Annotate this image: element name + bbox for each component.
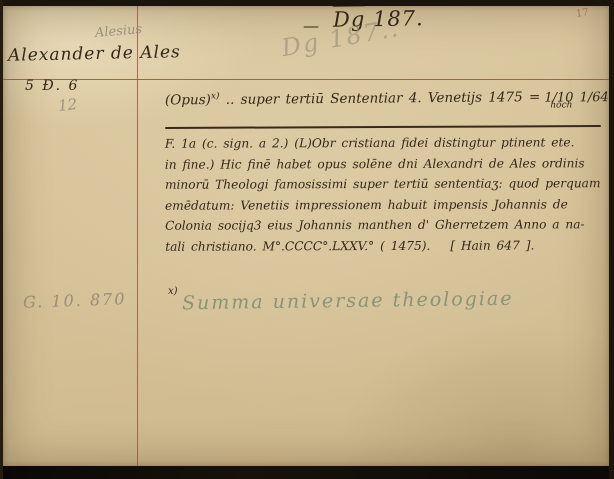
hain-reference: [ Hain 647 ].: [450, 238, 534, 252]
entry-title-prefix: (Opus): [165, 92, 211, 108]
bibliographic-description: F. 1a (c. sign. a 2.) (L)Obr cristiana f…: [165, 132, 601, 257]
description-line-last: tali christiano. M°.CCCC°.LXXV.° ( 1475)…: [165, 235, 601, 257]
description-date: tali christiano. M°.CCCC°.LXXV.° ( 1475)…: [165, 238, 430, 253]
entry-title-line: (Opus)x) .. super tertiū Sententiar 4. V…: [165, 88, 609, 108]
description-line: in fine.) Hic finē habet opus solēne dni…: [165, 153, 601, 175]
ink-underline: [165, 125, 601, 129]
scan-edge-right: [609, 0, 614, 479]
scan-edge-left: [0, 0, 3, 479]
catalog-card-scan: 17 — Dg 187. Dg 187.. Alesius Alexander …: [0, 0, 614, 479]
entry-price: 1/10 1/64hoch: [544, 89, 609, 106]
annotation-footnote-mark: x): [168, 286, 178, 297]
author-heading: Alexander de Ales: [8, 42, 181, 66]
scan-edge-bottom: [0, 466, 614, 479]
page-corner-number: 17: [576, 7, 590, 20]
ruled-line-vertical: [137, 6, 138, 466]
old-shelfmark: 5 Ɖ. 6: [25, 78, 79, 94]
author-pencil-annotation: Alesius: [94, 22, 142, 41]
card-paper: 17 — Dg 187. Dg 187.. Alesius Alexander …: [3, 6, 609, 466]
pencil-number: 12: [57, 95, 78, 115]
entry-price-unit: hoch: [550, 100, 572, 110]
description-line: minorū Theologi famosissimi super tertiū…: [165, 173, 601, 195]
entry-title-rest: .. super tertiū Sententiar 4. Venetijs 1…: [219, 89, 540, 108]
description-line: emēdatum: Venetiis impressionem habuit i…: [165, 194, 601, 216]
ruled-line-horizontal: [3, 79, 609, 80]
accession-number: G. 10. 870: [23, 289, 127, 312]
description-line: F. 1a (c. sign. a 2.) (L)Obr cristiana f…: [165, 132, 601, 154]
description-line: Colonia socijq3 eius Johannis manthen d'…: [165, 214, 601, 236]
uniform-title-annotation: Summa universae theologiae: [182, 288, 514, 315]
scan-edge-top: [0, 0, 614, 6]
